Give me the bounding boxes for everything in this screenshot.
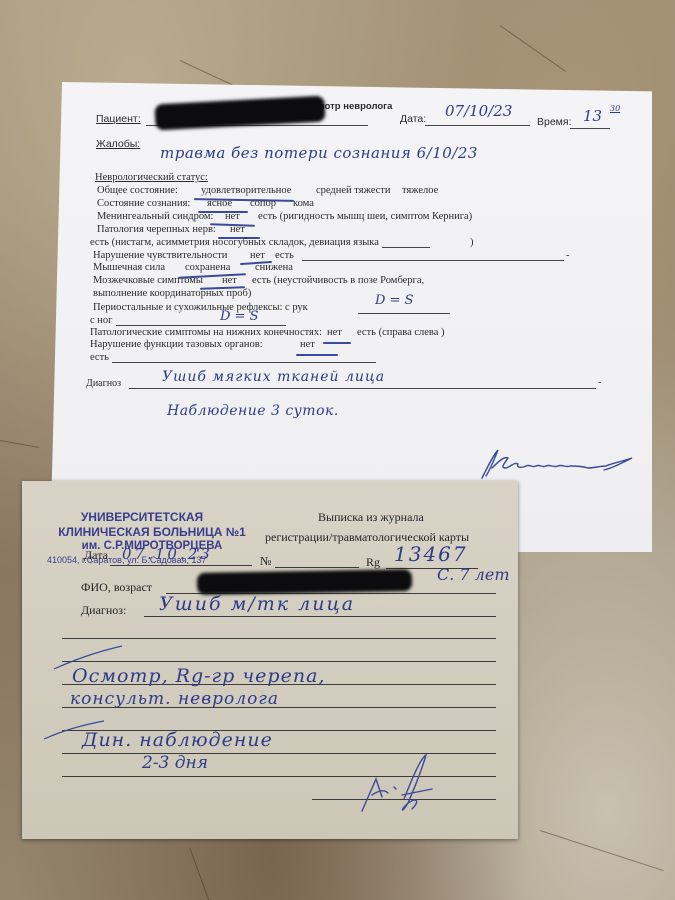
complaints-label: Жалобы:: [96, 139, 140, 150]
time-value: 13: [583, 109, 602, 124]
card-signature: [342, 749, 452, 819]
background-texture: [500, 25, 566, 72]
cranial-nerves-option-yes: есть (нистагм, асимметрия носогубных скл…: [90, 238, 379, 249]
diagnosis-line: [129, 388, 596, 389]
muscle-strength-option-reduced: снижена: [255, 263, 293, 274]
date-line: [110, 565, 252, 566]
sensitivity-line: [302, 260, 564, 261]
pathological-legs-label: Патологические симптомы на нижних конечн…: [90, 328, 322, 339]
diagnosis-label: Диагноз:: [81, 604, 126, 616]
reflexes-legs-line: [116, 325, 286, 326]
note-line-4: 2-3 дня: [142, 755, 208, 772]
date-value: 07/10/23: [445, 104, 512, 119]
rg-value: 13467: [394, 544, 468, 564]
deviation-line: [382, 247, 430, 248]
rg-label: Rg: [366, 556, 380, 568]
journal-extract-card: УНИВЕРСИТЕТСКАЯ КЛИНИЧЕСКАЯ БОЛЬНИЦА №1 …: [22, 481, 518, 839]
cranial-nerves-option-no: нет: [230, 225, 245, 236]
reflexes-legs-value: D = S: [220, 310, 259, 323]
meningeal-label: Менингеальный синдром:: [97, 212, 213, 223]
diagnosis-value: Ушиб мягких тканей лица: [162, 370, 385, 384]
reflexes-legs-label: с ног: [90, 316, 112, 327]
time-line: [570, 128, 610, 129]
reflexes-label: Периостальные и сухожильные рефлексы: с …: [93, 303, 308, 314]
date-label: Дата: [84, 549, 108, 561]
consciousness-label: Состояние сознания:: [97, 199, 190, 210]
cerebellar-option-yes: есть (неустойчивость в позе Ромберга,: [252, 276, 424, 287]
consciousness-option-clear: ясное: [207, 199, 232, 210]
card-title-line1: Выписка из журнала: [318, 511, 424, 523]
date-line: [425, 125, 530, 126]
pathological-legs-option-no: нет: [327, 328, 342, 339]
reflexes-arms-value: D = S: [375, 294, 414, 307]
cranial-nerves-close-paren: ): [470, 238, 474, 249]
hospital-name-line1: УНИВЕРСИТЕТСКАЯ: [62, 511, 222, 523]
pelvic-option-yes: есть: [90, 353, 109, 364]
doctor-signature: [470, 444, 655, 484]
cerebellar-label: Мозжечковые симптомы: [93, 276, 203, 287]
sensitivity-trail: -: [566, 251, 570, 262]
general-state-option-severe: тяжелое: [402, 186, 438, 197]
note-line-2: консульт. невролога: [70, 691, 279, 708]
background-texture: [0, 440, 39, 448]
recommendation: Наблюдение 3 суток.: [167, 404, 339, 418]
fio-trail: С. 7 лет: [437, 567, 510, 583]
date-label: Дата:: [400, 114, 426, 125]
background-texture: [190, 848, 211, 900]
cerebellar-option-no: нет: [222, 276, 237, 287]
hospital-name-line2: КЛИНИЧЕСКАЯ БОЛЬНИЦА №1: [42, 526, 262, 538]
cerebellar-option-yes-cont: выполнение координаторных проб): [93, 289, 251, 300]
pen-stroke: [52, 643, 142, 673]
diagnosis-value: Ушиб м/тк лица: [159, 595, 355, 614]
pelvic-option-no: нет: [300, 340, 315, 351]
sensitivity-option-yes: есть: [275, 251, 294, 262]
consciousness-option-sopor: сопор: [250, 199, 276, 210]
general-state-option-satisfactory: удовлетворительное: [201, 186, 291, 197]
patient-name-redaction: [197, 569, 412, 595]
fio-label: ФИО, возраст: [81, 581, 152, 593]
general-state-label: Общее состояние:: [97, 186, 178, 197]
number-line: [275, 567, 359, 568]
time-label: Время:: [537, 117, 572, 128]
reflexes-arms-line: [358, 313, 450, 314]
ruled-line: [62, 638, 496, 639]
muscle-strength-option-preserved: сохранена: [185, 263, 230, 274]
pelvic-label: Нарушение функции тазовых органов:: [90, 340, 263, 351]
pen-stroke: [42, 717, 122, 743]
status-heading: Неврологический статус:: [95, 173, 208, 184]
diagnosis-line: [144, 616, 496, 617]
diagnosis-trail: -: [598, 378, 602, 389]
background-texture: [540, 830, 664, 871]
patient-label: Пациент:: [96, 114, 141, 125]
complaints-value: травма без потери сознания 6/10/23: [160, 146, 478, 161]
selection-mark: [296, 354, 338, 356]
meningeal-option-yes: есть (ригидность мышц шеи, симптом Керни…: [258, 212, 472, 223]
meningeal-option-no: нет: [225, 212, 240, 223]
sensitivity-option-no: нет: [250, 251, 265, 262]
selection-mark: [323, 342, 351, 344]
time-minutes: 30: [610, 105, 620, 113]
pathological-legs-option-yes: есть (справа слева ): [357, 328, 445, 339]
date-value: 07.10.23: [122, 547, 213, 562]
cranial-nerves-label: Патология черепных нерв:: [97, 225, 216, 236]
muscle-strength-label: Мышечная сила: [93, 263, 165, 274]
pelvic-line: [112, 362, 376, 363]
general-state-option-moderate: средней тяжести: [316, 186, 390, 197]
diagnosis-label: Диагноз: [86, 379, 121, 389]
sensitivity-label: Нарушение чувствительности: [93, 251, 227, 262]
consciousness-option-coma: кома: [293, 199, 314, 210]
number-label: №: [260, 555, 271, 567]
